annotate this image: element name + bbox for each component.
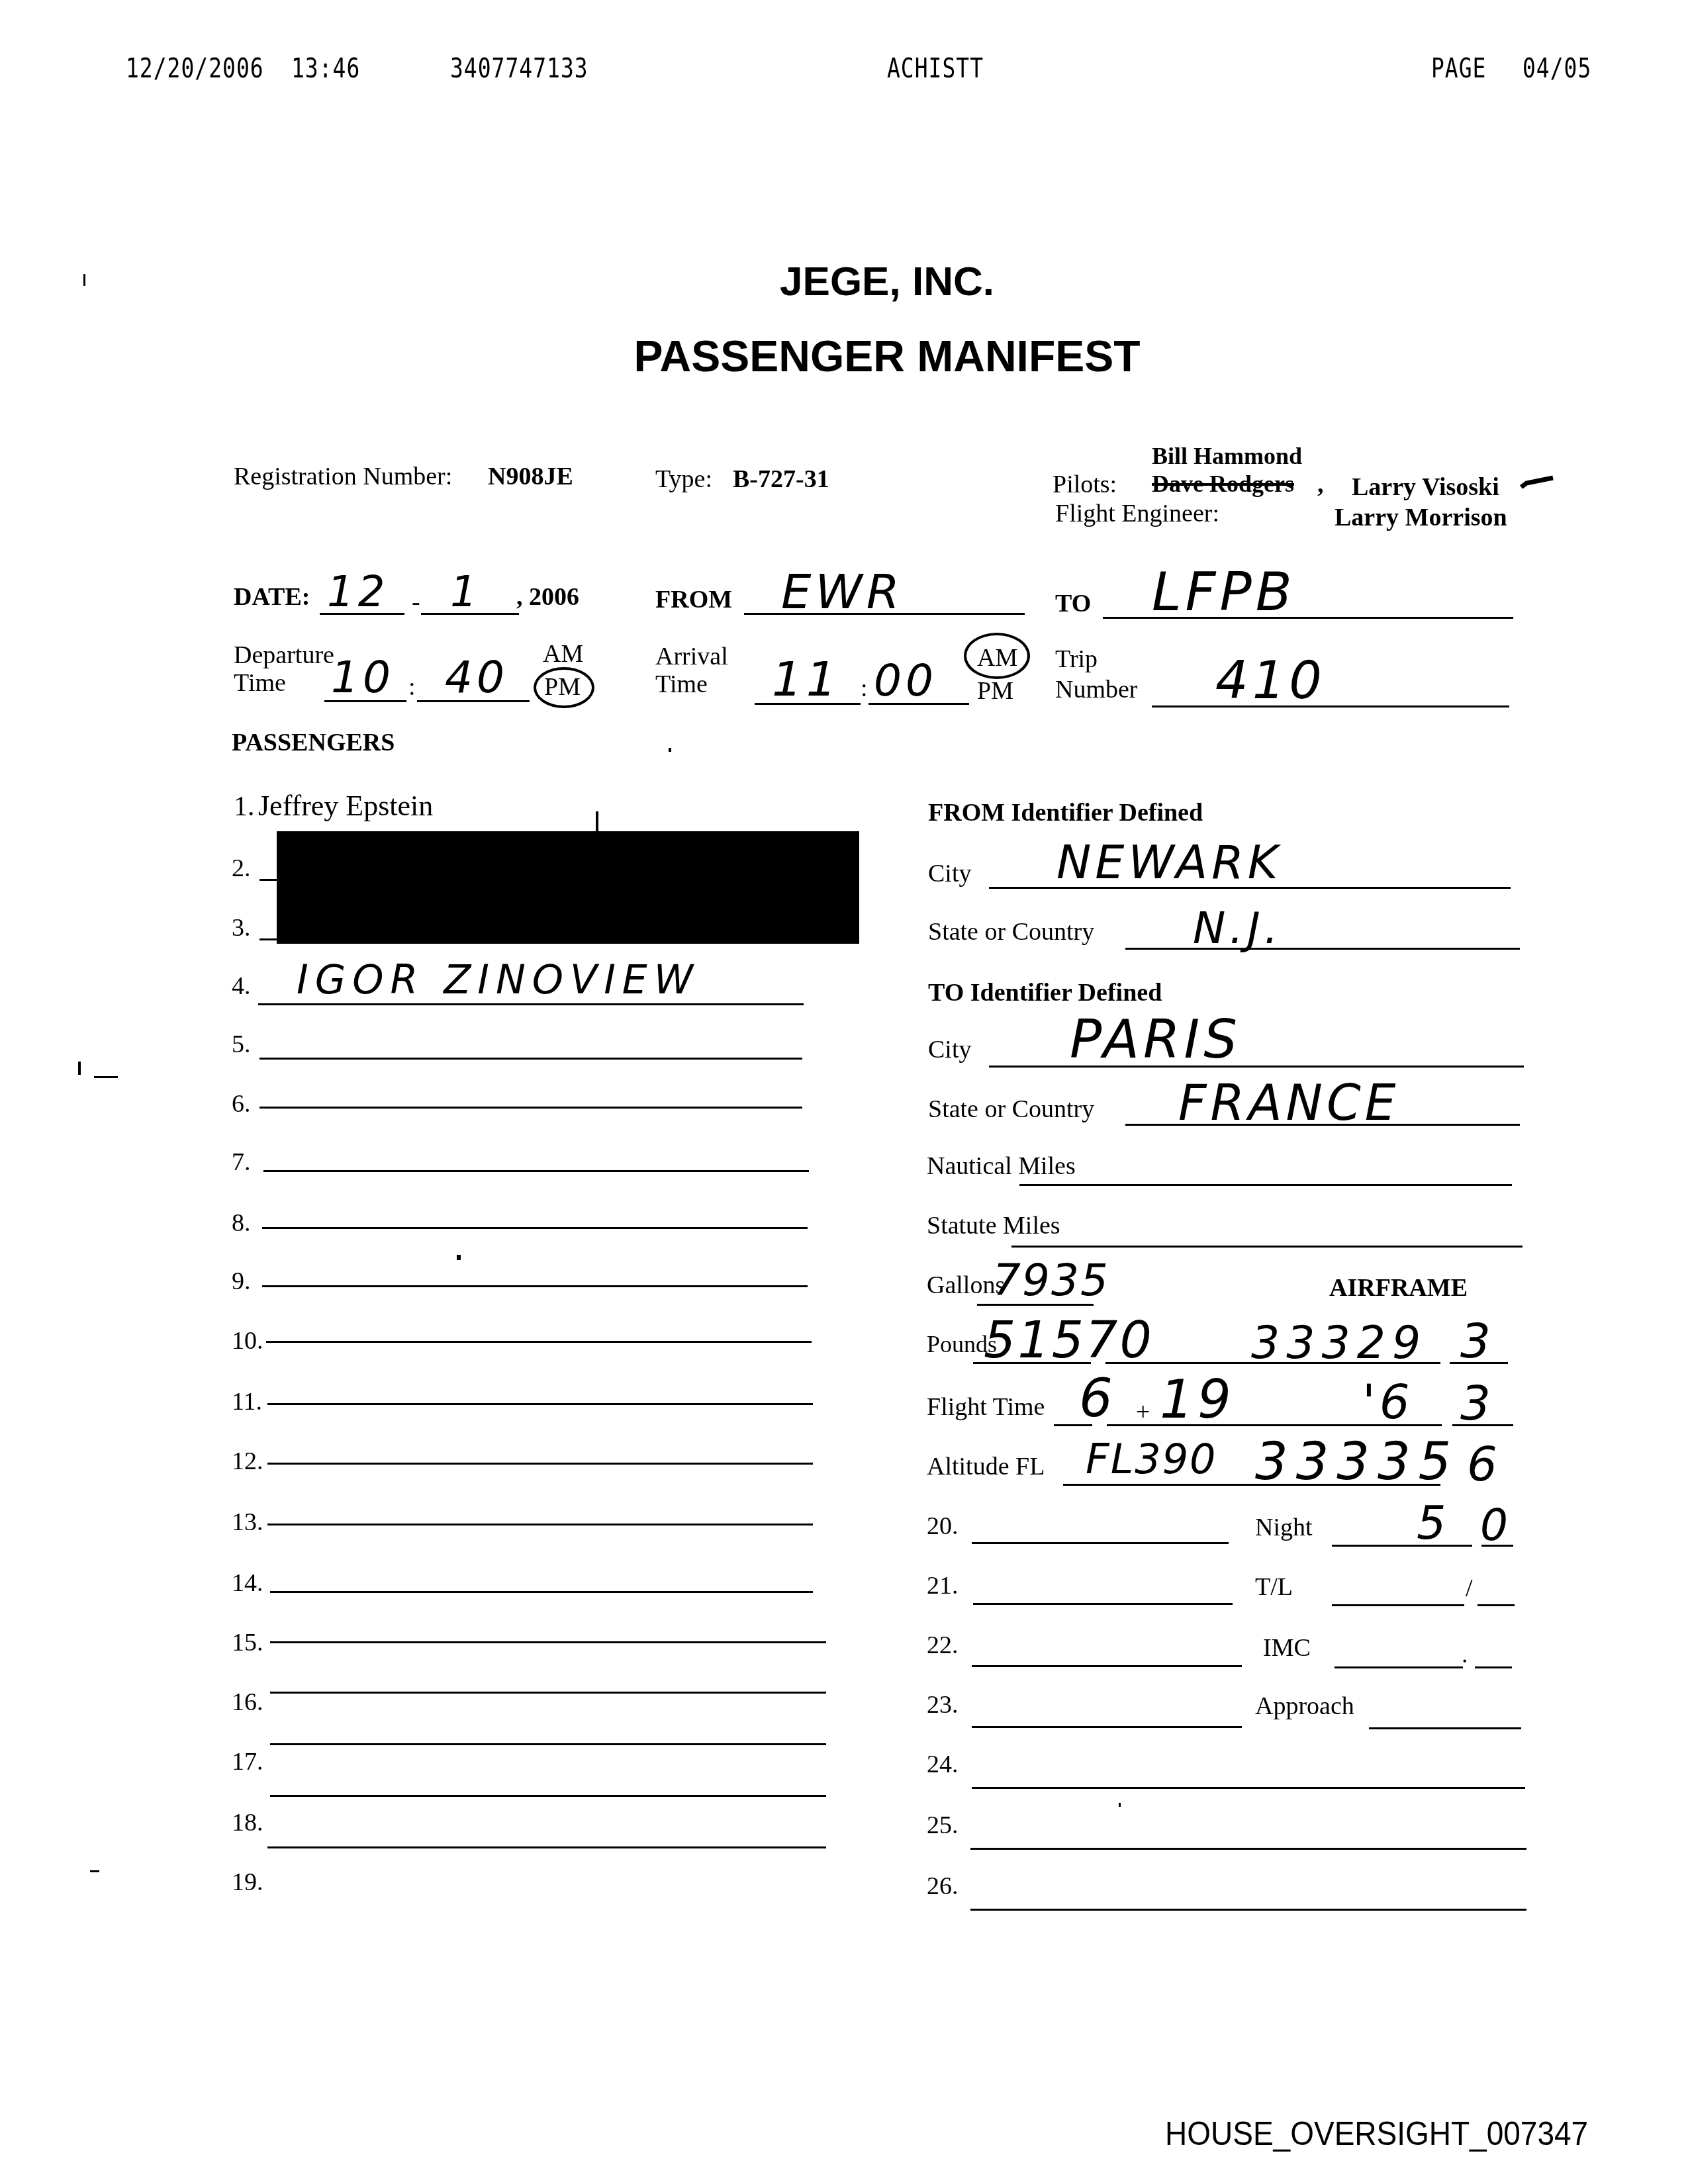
to-city-value[interactable]: PARIS [1070, 1009, 1241, 1070]
passenger-number: 10. [232, 1326, 263, 1355]
pounds-value[interactable]: 51570 [984, 1310, 1154, 1369]
gallons-value[interactable]: 7935 [993, 1255, 1109, 1306]
to-state-value[interactable]: FRANCE [1178, 1075, 1399, 1132]
passenger-number: 11. [232, 1387, 262, 1416]
passenger-number: 19. [232, 1868, 263, 1897]
passenger-number: 6. [232, 1089, 251, 1118]
passenger-number: 25. [927, 1811, 959, 1840]
departure-minute[interactable]: 40 [445, 652, 508, 703]
registration-value: N908JE [488, 462, 573, 491]
flight-time-minutes[interactable]: 19 [1160, 1369, 1235, 1430]
trip-number-value[interactable]: 410 [1215, 651, 1326, 711]
from-identifier-heading: FROM Identifier Defined [928, 798, 1203, 827]
fax-phone: 3407747133 [450, 52, 588, 84]
passenger-number: 14. [232, 1569, 263, 1598]
passenger-number: 1. [234, 791, 255, 823]
imc-label: IMC [1263, 1633, 1311, 1662]
passenger-number: 4. [232, 972, 251, 1001]
passengers-heading: PASSENGERS [232, 728, 395, 757]
from-value[interactable]: EWR [781, 564, 904, 619]
to-identifier-heading: TO Identifier Defined [928, 978, 1162, 1007]
passenger-number: 23. [927, 1690, 959, 1719]
to-value[interactable]: LFPB [1152, 561, 1296, 623]
from-state-value[interactable]: N.J. [1193, 903, 1282, 954]
passenger-number: 20. [927, 1512, 959, 1541]
redaction-block [277, 831, 859, 944]
flight-time-hours[interactable]: 6 [1079, 1367, 1117, 1429]
pilot-separator: , [1317, 470, 1324, 499]
trip-number-label-line1: Trip [1055, 645, 1098, 674]
to-label: TO [1055, 589, 1091, 618]
arrival-label-line1: Arrival [655, 642, 728, 671]
passenger-number: 24. [927, 1750, 959, 1779]
pilot-added: Bill Hammond [1152, 442, 1302, 470]
arrival-pm-option[interactable]: PM [977, 676, 1013, 705]
flight-time-plus: + [1136, 1398, 1150, 1427]
passenger-number: 26. [927, 1872, 959, 1901]
airframe-flight-decimal[interactable]: 3 [1460, 1375, 1495, 1431]
date-separator: - [412, 588, 420, 617]
passenger-number: 17. [232, 1747, 263, 1776]
passenger-number: 7. [232, 1148, 251, 1177]
passenger-number: 16. [232, 1688, 263, 1717]
arrival-hour[interactable]: 11 [772, 651, 841, 707]
type-value: B-727-31 [733, 465, 829, 494]
to-state-label: State or Country [928, 1095, 1094, 1124]
date-label: DATE: [234, 582, 310, 612]
departure-colon: : [408, 672, 416, 702]
fax-page-number: 04/05 [1523, 52, 1591, 84]
checkmark-icon [1520, 475, 1554, 490]
imc-separator: . [1462, 1640, 1468, 1669]
statute-miles-label: Statute Miles [927, 1211, 1060, 1240]
arrival-am-circle [964, 633, 1030, 679]
registration-label: Registration Number: [234, 462, 452, 491]
passenger-number: 22. [927, 1631, 959, 1660]
passenger-number: 9. [232, 1267, 251, 1296]
passenger-name[interactable]: Jeffrey Epstein [258, 789, 433, 823]
arrival-label-line2: Time [655, 670, 708, 699]
pilot-struck: Dave Rodgers [1152, 470, 1294, 498]
flight-engineer-label: Flight Engineer: [1055, 499, 1219, 528]
departure-hour[interactable]: 10 [331, 652, 395, 703]
altitude-value[interactable]: FL390 [1086, 1435, 1217, 1483]
departure-am-option[interactable]: AM [543, 639, 583, 668]
airframe-end-decimal[interactable]: 6 [1467, 1436, 1501, 1492]
departure-pm-circle [534, 667, 594, 708]
fax-time: 13:46 [291, 52, 360, 84]
from-state-label: State or Country [928, 917, 1094, 946]
date-year: , 2006 [516, 582, 579, 612]
pilots-label: Pilots: [1053, 470, 1117, 499]
flight-time-label: Flight Time [927, 1392, 1045, 1422]
passenger-name[interactable]: IGOR ZINOVIEW [297, 957, 700, 1003]
passenger-number: 13. [232, 1508, 263, 1537]
fax-page-label: PAGE [1431, 52, 1486, 84]
airframe-end-value[interactable]: 33335 [1255, 1432, 1459, 1492]
copilot-name: Larry Visoski [1352, 473, 1499, 502]
airframe-flight-value[interactable]: '6 [1362, 1374, 1414, 1430]
fax-date: 12/20/2006 [126, 52, 264, 84]
arrival-colon: : [861, 674, 868, 703]
flight-engineer-name: Larry Morrison [1335, 503, 1507, 532]
arrival-minute[interactable]: 00 [874, 655, 937, 706]
from-label: FROM [655, 585, 732, 614]
passenger-number: 2. [232, 854, 251, 883]
nautical-miles-label: Nautical Miles [927, 1152, 1076, 1181]
airframe-start-decimal[interactable]: 3 [1460, 1313, 1495, 1369]
from-city-value[interactable]: NEWARK [1056, 835, 1282, 889]
altitude-label: Altitude FL [927, 1452, 1045, 1481]
passenger-number: 12. [232, 1447, 263, 1476]
document-title: PASSENGER MANIFEST [0, 331, 1688, 381]
passenger-number: 3. [232, 913, 251, 942]
date-month[interactable]: 12 [327, 568, 389, 617]
night-label: Night [1255, 1513, 1313, 1542]
tl-label: T/L [1255, 1572, 1293, 1602]
bates-number: HOUSE_OVERSIGHT_007347 [1165, 2115, 1588, 2153]
night-decimal[interactable]: 0 [1480, 1500, 1512, 1551]
type-label: Type: [655, 465, 712, 494]
airframe-start-value[interactable]: 33329 [1251, 1317, 1427, 1369]
passenger-number: 5. [232, 1030, 251, 1059]
to-city-label: City [928, 1035, 971, 1064]
passenger-number: 18. [232, 1808, 263, 1837]
airframe-heading: AIRFRAME [1329, 1273, 1468, 1302]
fax-sender: ACHISTT [887, 52, 984, 84]
departure-label-line2: Time [234, 668, 286, 698]
departure-label-line1: Departure [234, 641, 334, 670]
tl-separator: / [1466, 1574, 1473, 1603]
passenger-number: 21. [927, 1571, 959, 1600]
night-hours[interactable]: 5 [1417, 1496, 1450, 1550]
approach-label: Approach [1255, 1692, 1354, 1721]
passenger-number: 8. [232, 1208, 251, 1238]
from-city-label: City [928, 859, 971, 888]
date-day[interactable]: 1 [450, 568, 481, 617]
trip-number-label-line2: Number [1055, 675, 1138, 704]
company-name: JEGE, INC. [0, 258, 1688, 305]
passenger-number: 15. [232, 1628, 263, 1657]
